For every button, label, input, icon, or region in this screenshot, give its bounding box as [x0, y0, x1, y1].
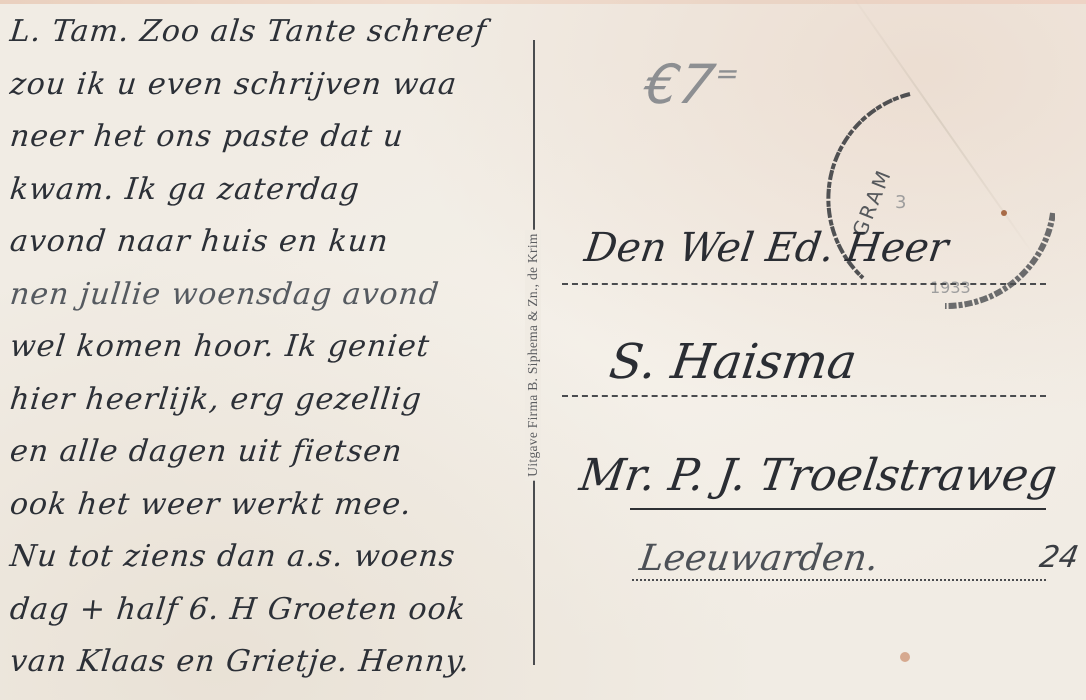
foxing-spot	[900, 652, 910, 662]
card-top-edge	[0, 0, 1086, 4]
message-line: nen jullie woensdag avond	[7, 269, 561, 322]
message-line: avond naar huis en kun	[7, 216, 561, 269]
message-line: Nu tot ziens dan a.s. woens	[7, 531, 561, 584]
message-line: hier heerlijk, erg gezellig	[7, 374, 561, 427]
price-suffix: =	[713, 57, 742, 90]
handwritten-message: L. Tam. Zoo als Tante schreef zou ik u e…	[10, 6, 558, 689]
address-recipient-name: S. Haisma	[606, 334, 860, 390]
svg-text:3: 3	[895, 192, 906, 213]
address-salutation: Den Wel Ed. Heer	[582, 225, 951, 271]
address-line-3	[630, 506, 1046, 510]
message-line: ook het weer werkt mee.	[7, 479, 561, 532]
foxing-spot	[1001, 210, 1007, 216]
address-house-number: 24	[1037, 540, 1081, 575]
message-line: wel komen hoor. Ik geniet	[7, 321, 561, 374]
message-line-signature: van Klaas en Grietje. Henny.	[7, 636, 561, 689]
address-line-2	[562, 393, 1046, 397]
message-line: zou ik u even schrijven waa	[7, 59, 561, 112]
postcard: L. Tam. Zoo als Tante schreef zou ik u e…	[0, 0, 1086, 700]
message-line: kwam. Ik ga zaterdag	[7, 164, 561, 217]
message-line: L. Tam. Zoo als Tante schreef	[7, 6, 561, 59]
message-line: neer het ons paste dat u	[7, 111, 561, 164]
address-street: Mr. P. J. Troelstraweg	[576, 450, 1060, 501]
message-line: dag + half 6. H Groeten ook	[7, 584, 561, 637]
publisher-imprint: Uitgave Firma B. Siphema & Zn., de Krim	[525, 229, 541, 480]
pencil-price-note: €7=	[640, 58, 742, 112]
address-city: Leeuwarden.	[637, 538, 881, 579]
postmark-stamp-icon: GRAM 3 1933	[825, 88, 1055, 313]
message-line: en alle dagen uit fietsen	[7, 426, 561, 479]
address-line-1	[562, 281, 1046, 285]
